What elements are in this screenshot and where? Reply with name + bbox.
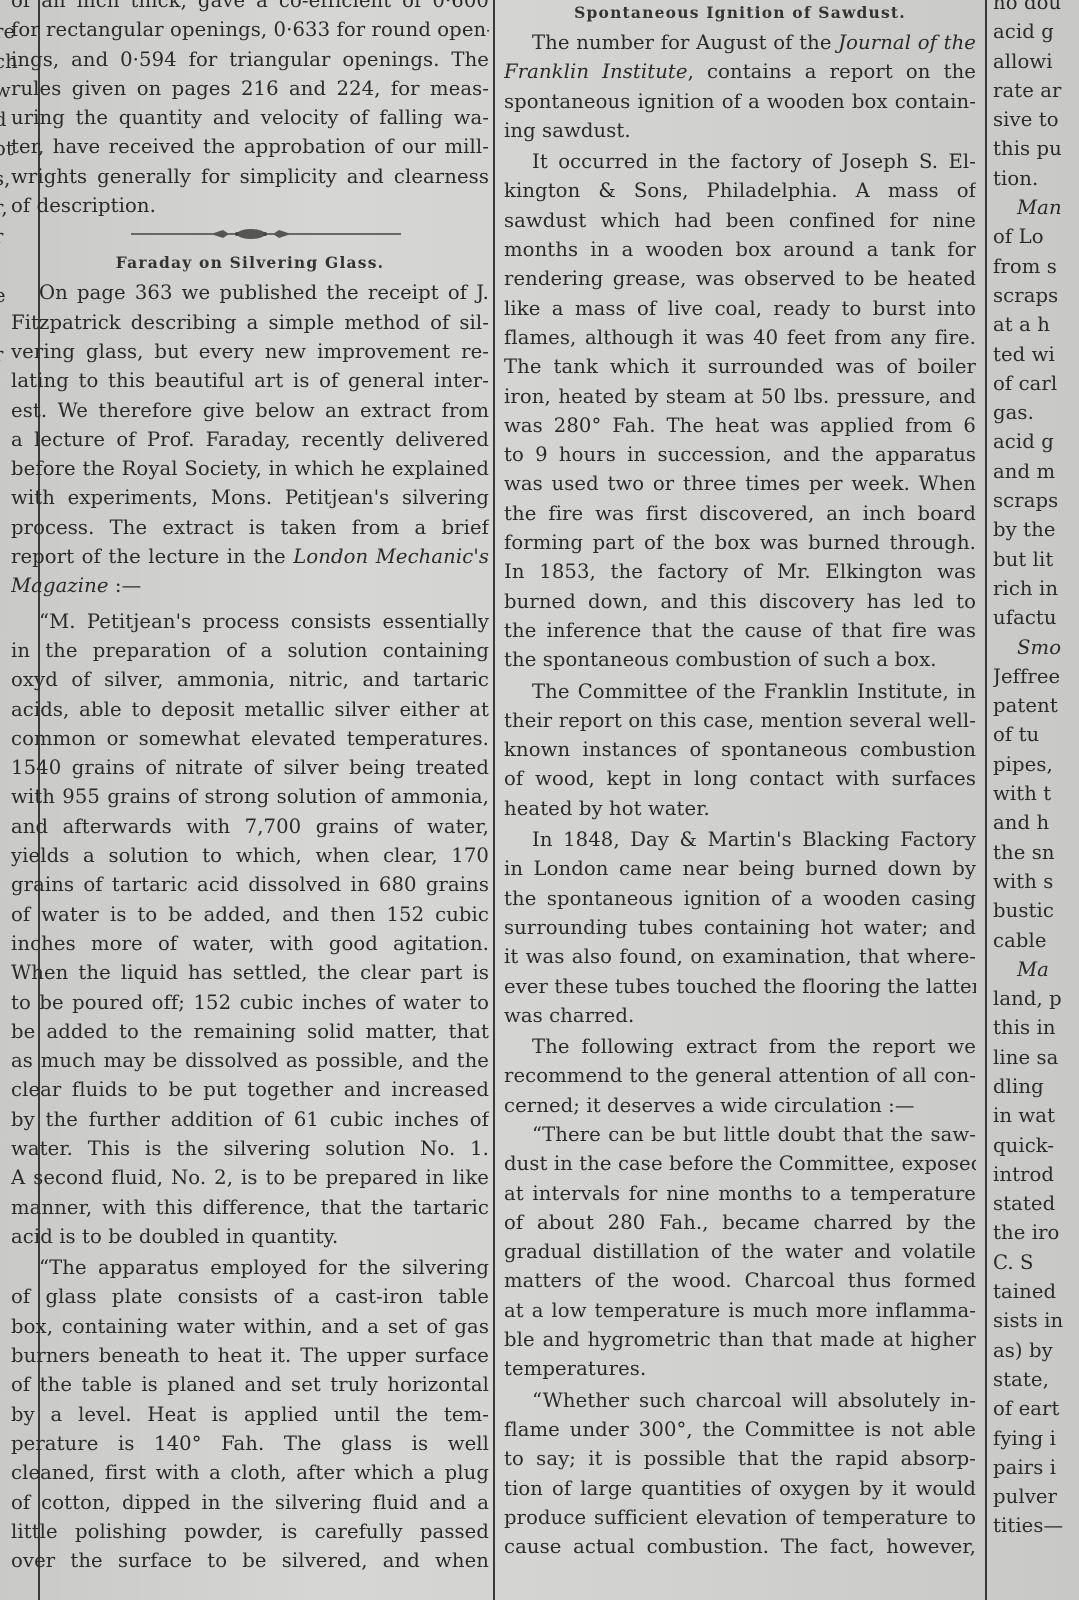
text-line: inches more of water, with good agitatio… [11, 929, 489, 958]
text-line: of description. [11, 191, 489, 220]
newspaper-page: re ch w d ot s, r, r - e , r - - of an i… [0, 0, 1079, 1600]
fragment-line: scraps [993, 486, 1079, 515]
paragraph: “M. Petitjean's process consists essenti… [11, 607, 489, 1252]
column-c-fragment: no douacid gallowirate arsive tothis put… [993, 0, 1079, 1541]
text-line: the inference that the cause of that fir… [504, 616, 976, 645]
text-line: oxyd of silver, ammonia, nitric, and tar… [11, 665, 489, 694]
fragment-line: in wat [993, 1101, 1079, 1130]
text-line: ing sawdust. [504, 116, 976, 145]
text-line: spontaneous ignition of a wooden box con… [504, 87, 976, 116]
text-line: it was also found, on examination, that … [504, 942, 976, 971]
text-line: forming part of the box was burned throu… [504, 528, 976, 557]
text-line: When the liquid has settled, the clear p… [11, 958, 489, 987]
fragment-line: pairs i [993, 1453, 1079, 1482]
fragment-line: fying i [993, 1424, 1079, 1453]
fragment-line: and m [993, 457, 1079, 486]
text-line: their report on this case, mention sever… [504, 706, 976, 735]
text-line: the fire was first discovered, an inch b… [504, 499, 976, 528]
fragment-line: rich in [993, 574, 1079, 603]
text-line: little polishing powder, is carefully pa… [11, 1517, 489, 1546]
text-line: temperatures. [504, 1354, 976, 1383]
column-b: Spontaneous Ignition of Sawdust. The num… [504, 0, 976, 1561]
fragment-line: quick- [993, 1131, 1079, 1160]
text-line: with experiments, Mons. Petitjean's silv… [11, 483, 489, 512]
text-line: of about 280 Fah., became charred by the [504, 1208, 976, 1237]
text-line: surrounding tubes containing hot water; … [504, 913, 976, 942]
text-line: In 1848, Day & Martin's Blacking Factory [504, 825, 976, 854]
text-line: water. This is the silvering solution No… [11, 1134, 489, 1163]
fragment-line: Smo [993, 633, 1079, 662]
text-line: before the Royal Society, in which he ex… [11, 454, 489, 483]
text-line: of cotton, dipped in the silvering fluid… [11, 1488, 489, 1517]
text-line: and afterwards with 7,700 grains of wate… [11, 812, 489, 841]
fragment-line: pulver [993, 1482, 1079, 1511]
fragment-line: the iro [993, 1218, 1079, 1247]
text-segment: report of the lecture in the [11, 545, 293, 568]
fragment-line: tained [993, 1277, 1079, 1306]
text-line: Fitzpatrick describing a simple method o… [11, 308, 489, 337]
text-line: It occurred in the factory of Joseph S. … [504, 147, 976, 176]
fragment-line: gas. [993, 398, 1079, 427]
fragment-line: Ma [993, 955, 1079, 984]
paragraph: “Whether such charcoal will absolutely i… [504, 1386, 976, 1562]
text-line: of an inch thick, gave a co-efficient of… [11, 0, 489, 15]
ornament-icon [11, 226, 489, 242]
fragment-line: pipes, [993, 750, 1079, 779]
paragraph: The Committee of the Franklin Institute,… [504, 677, 976, 823]
text-line: “There can be but little doubt that the … [504, 1120, 976, 1149]
publication-name: Magazine [11, 574, 109, 597]
text-line: sawdust which had been confined for nine [504, 206, 976, 235]
fragment-line: tities— [993, 1511, 1079, 1540]
text-line: “The apparatus employed for the silverin… [11, 1253, 489, 1282]
text-line: to 9 hours in succession, and the appara… [504, 440, 976, 469]
text-line: over the surface to be silvered, and whe… [11, 1546, 489, 1575]
text-line: was charred. [504, 1001, 976, 1030]
text-segment: :— [109, 574, 142, 597]
fragment-line: sists in [993, 1306, 1079, 1335]
text-line: in the preparation of a solution contain… [11, 636, 489, 665]
paragraph: The number for August of the Journal of … [504, 28, 976, 145]
text-line: gradual distillation of the water and vo… [504, 1237, 976, 1266]
text-line: be added to the remaining solid matter, … [11, 1017, 489, 1046]
text-line-mixed: report of the lecture in the London Mech… [11, 542, 489, 571]
text-line: perature is 140° Fah. The glass is well [11, 1429, 489, 1458]
text-line: yields a solution to which, when clear, … [11, 841, 489, 870]
fragment-line: but lit [993, 545, 1079, 574]
text-line: cleaned, first with a cloth, after which… [11, 1458, 489, 1487]
paragraph: On page 363 we published the receipt of … [11, 278, 489, 600]
text-line: of the table is planed and set truly hor… [11, 1370, 489, 1399]
text-line: iron, heated by steam at 50 lbs. pressur… [504, 382, 976, 411]
text-line: by a level. Heat is applied until the te… [11, 1400, 489, 1429]
text-line: by the further addition of 61 cubic inch… [11, 1105, 489, 1134]
publication-name: Journal of the [838, 31, 976, 54]
fragment-line: no dou [993, 0, 1079, 17]
text-line: the spontaneous combustion of such a box… [504, 645, 976, 674]
text-line: cerned; it deserves a wide circulation :… [504, 1091, 976, 1120]
article-title-sawdust: Spontaneous Ignition of Sawdust. [504, 0, 976, 28]
text-line: grains of tartaric acid dissolved in 680… [11, 870, 489, 899]
text-line: vering glass, but every new improvement … [11, 337, 489, 366]
text-line: clear fluids to be put together and incr… [11, 1075, 489, 1104]
article-title-faraday: Faraday on Silvering Glass. [11, 248, 489, 278]
text-line: with 955 grains of strong solution of am… [11, 782, 489, 811]
fragment-line: this pu [993, 134, 1079, 163]
fragment-line: patent [993, 691, 1079, 720]
fragment-line: introd [993, 1160, 1079, 1189]
fragment-line: land, p [993, 984, 1079, 1013]
text-line: ever these tubes touched the flooring th… [504, 972, 976, 1001]
fragment-line: Man [993, 193, 1079, 222]
text-segment: The number for August of the [532, 31, 838, 54]
intro-paragraph: of an inch thick, gave a co-efficient of… [11, 0, 489, 220]
text-line: the spontaneous ignition of a wooden cas… [504, 884, 976, 913]
text-line: rules given on pages 216 and 224, for me… [11, 74, 489, 103]
fragment-line: rate ar [993, 76, 1079, 105]
fragment-line: ted wi [993, 340, 1079, 369]
text-line: The Committee of the Franklin Institute,… [504, 677, 976, 706]
text-line: The following extract from the report we [504, 1032, 976, 1061]
text-line: recommend to the general attention of al… [504, 1061, 976, 1090]
paragraph: “The apparatus employed for the silverin… [11, 1253, 489, 1575]
text-line: In 1853, the factory of Mr. Elkington wa… [504, 557, 976, 586]
text-line: rendering grease, was observed to be hea… [504, 264, 976, 293]
fragment-line: this in [993, 1013, 1079, 1042]
text-line: a lecture of Prof. Faraday, recently del… [11, 425, 489, 454]
text-line: A second fluid, No. 2, is to be prepared… [11, 1163, 489, 1192]
paragraph: It occurred in the factory of Joseph S. … [504, 147, 976, 674]
fragment-line: dling [993, 1072, 1079, 1101]
text-line: known instances of spontaneous combustio… [504, 735, 976, 764]
text-line: common or somewhat elevated temperatures… [11, 724, 489, 753]
text-line: “M. Petitjean's process consists essenti… [11, 607, 489, 636]
text-line-mixed: Magazine :— [11, 571, 489, 600]
text-line: like a mass of live coal, ready to burst… [504, 294, 976, 323]
fragment-line: as) by [993, 1336, 1079, 1365]
fragment-line: of Lo [993, 222, 1079, 251]
text-line: est. We therefore give below an extract … [11, 396, 489, 425]
text-line: of glass plate consists of a cast-iron t… [11, 1282, 489, 1311]
text-line: cause actual combustion. The fact, howev… [504, 1532, 976, 1561]
text-line: lating to this beautiful art is of gener… [11, 366, 489, 395]
text-line: matters of the wood. Charcoal thus forme… [504, 1266, 976, 1295]
publication-name: Franklin Institute [504, 60, 688, 83]
fragment-line: sive to [993, 105, 1079, 134]
fragment-line: ufactu [993, 603, 1079, 632]
publication-name: London Mechanic's [293, 545, 489, 568]
text-line: kington & Sons, Philadelphia. A mass of [504, 176, 976, 205]
text-line-mixed: The number for August of the Journal of … [504, 28, 976, 57]
text-line: was 280° Fah. The heat was applied from … [504, 411, 976, 440]
text-line: process. The extract is taken from a bri… [11, 513, 489, 542]
fragment-line: line sa [993, 1043, 1079, 1072]
fragment-line: cable [993, 926, 1079, 955]
text-line: flame under 300°, the Committee is not a… [504, 1415, 976, 1444]
column-rule-2 [493, 0, 495, 1600]
text-line: to be poured off; 152 cubic inches of wa… [11, 988, 489, 1017]
fragment-line: of eart [993, 1394, 1079, 1423]
fragment-line: C. S [993, 1248, 1079, 1277]
fragment-line: allowi [993, 47, 1079, 76]
fragment-line: with s [993, 867, 1079, 896]
text-line: acids, able to deposit metallic silver e… [11, 695, 489, 724]
text-line: of wood, kept in long contact with surfa… [504, 764, 976, 793]
text-line: tion of large quantities of oxygen by it… [504, 1474, 976, 1503]
fragment-line: the sn [993, 838, 1079, 867]
text-line: ings, and 0·594 for triangular openings.… [11, 45, 489, 74]
fragment-line: tion. [993, 164, 1079, 193]
fragment-line: from s [993, 252, 1079, 281]
fragment-line: of carl [993, 369, 1079, 398]
section-divider-ornament [11, 220, 489, 248]
text-line: burned down, and this discovery has led … [504, 587, 976, 616]
paragraph: The following extract from the report we… [504, 1032, 976, 1120]
text-line: was used two or three times per week. Wh… [504, 469, 976, 498]
text-line: produce sufficient elevation of temperat… [504, 1503, 976, 1532]
text-line: heated by hot water. [504, 794, 976, 823]
text-line: months in a wooden box around a tank for [504, 235, 976, 264]
fragment-line: Jeffree [993, 662, 1079, 691]
text-line: 1540 grains of nitrate of silver being t… [11, 753, 489, 782]
text-line: dust in the case before the Committee, e… [504, 1149, 976, 1178]
fragment-line: and h [993, 808, 1079, 837]
fragment-line: by the [993, 515, 1079, 544]
fragment-line: scraps [993, 281, 1079, 310]
column-a: of an inch thick, gave a co-efficient of… [11, 0, 489, 1575]
text-line-mixed: Franklin Institute, contains a report on… [504, 57, 976, 86]
text-line: at intervals for nine months to a temper… [504, 1179, 976, 1208]
text-line: ter, have received the approbation of ou… [11, 132, 489, 161]
text-line: wrights generally for simplicity and cle… [11, 162, 489, 191]
text-line: The tank which it surrounded was of boil… [504, 352, 976, 381]
text-line: for rectangular openings, 0·633 for roun… [11, 15, 489, 44]
text-segment: , contains a report on the [688, 60, 976, 83]
fragment-line: bustic [993, 896, 1079, 925]
text-line: at a low temperature is much more inflam… [504, 1296, 976, 1325]
paragraph: In 1848, Day & Martin's Blacking Factory… [504, 825, 976, 1030]
fragment-line: acid g [993, 427, 1079, 456]
text-line: manner, with this difference, that the t… [11, 1193, 489, 1222]
text-line: as much may be dissolved as possible, an… [11, 1046, 489, 1075]
text-line: to say; it is possible that the rapid ab… [504, 1444, 976, 1473]
fragment-line: acid g [993, 17, 1079, 46]
text-line: On page 363 we published the receipt of … [11, 278, 489, 307]
text-line: box, containing water within, and a set … [11, 1312, 489, 1341]
text-line: uring the quantity and velocity of falli… [11, 103, 489, 132]
fragment-line: with t [993, 779, 1079, 808]
text-line: in London came near being burned down by [504, 854, 976, 883]
text-line: burners beneath to heat it. The upper su… [11, 1341, 489, 1370]
fragment-line: state, [993, 1365, 1079, 1394]
text-line: ble and hygrometric than that made at hi… [504, 1325, 976, 1354]
text-line: flames, although it was 40 feet from any… [504, 323, 976, 352]
text-line: acid is to be doubled in quantity. [11, 1222, 489, 1251]
text-line: “Whether such charcoal will absolutely i… [504, 1386, 976, 1415]
paragraph: “There can be but little doubt that the … [504, 1120, 976, 1384]
fragment-line: of tu [993, 720, 1079, 749]
fragment-line: stated [993, 1189, 1079, 1218]
fragment-line: at a h [993, 310, 1079, 339]
text-line: of water is to be added, and then 152 cu… [11, 900, 489, 929]
column-rule-3 [985, 0, 987, 1600]
